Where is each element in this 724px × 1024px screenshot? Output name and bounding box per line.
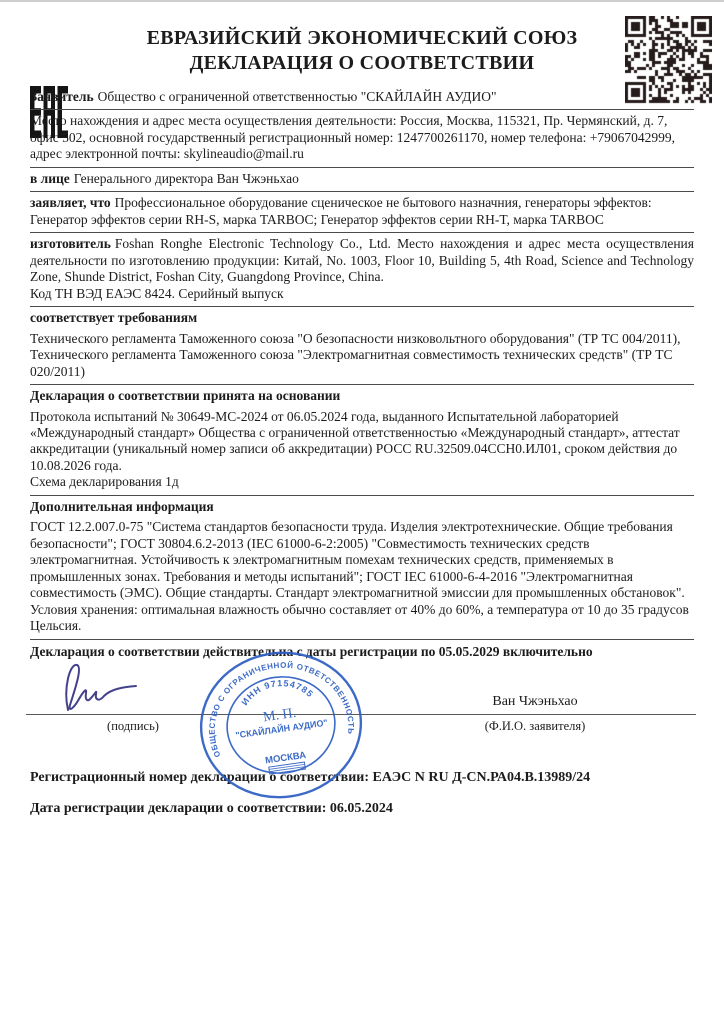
signature-block: (подпись) Ван Чжэньхао (Ф.И.О. заявителя… xyxy=(30,662,694,754)
section-basis: Протокола испытаний № 30649-МС-2024 от 0… xyxy=(30,406,694,496)
in-person-text: Генерального директора Ван Чжэньхао xyxy=(74,171,299,186)
tnved-code-line: Код ТН ВЭД ЕАЭС 8424. Серийный выпуск xyxy=(30,286,694,302)
in-person-label: в лице xyxy=(30,171,70,186)
registration-number-value: ЕАЭС N RU Д-CN.РА04.В.13989/24 xyxy=(373,770,591,785)
fio-caption: (Ф.И.О. заявителя) xyxy=(430,719,640,734)
section-applicant: ЗаявительОбщество с ограниченной ответст… xyxy=(30,86,694,110)
declares-text: Профессиональное оборудование сценическо… xyxy=(30,195,652,226)
section-in-person: в лицеГенерального директора Ван Чжэньха… xyxy=(30,168,694,192)
document-body: ЗаявительОбщество с ограниченной ответст… xyxy=(30,86,694,754)
section-manufacturer: изготовительFoshan Ronghe Electronic Tec… xyxy=(30,233,694,307)
handwritten-signature xyxy=(58,658,153,716)
stamp-ring-text: ОБЩЕСТВО С ОГРАНИЧЕННОЙ ОТВЕТСТВЕННОСТЬЮ… xyxy=(199,651,358,759)
section-address: Место нахождения и адрес места осуществл… xyxy=(30,110,694,167)
document-title: ЕВРАЗИЙСКИЙ ЭКОНОМИЧЕСКИЙ СОЮЗ ДЕКЛАРАЦИ… xyxy=(0,2,724,76)
complies-text: Технического регламента Таможенного союз… xyxy=(30,331,681,379)
title-line-2: ДЕКЛАРАЦИЯ О СООТВЕТСТВИИ xyxy=(0,51,724,76)
stamp-city-text: МОСКВА xyxy=(264,750,306,767)
basis-text: Протокола испытаний № 30649-МС-2024 от 0… xyxy=(30,409,680,473)
declaration-document: ЕВРАЗИЙСКИЙ ЭКОНОМИЧЕСКИЙ СОЮЗ ДЕКЛАРАЦИ… xyxy=(0,0,724,1024)
additional-text: ГОСТ 12.2.007.0-75 "Система стандартов б… xyxy=(30,519,689,633)
declares-label: заявляет, что xyxy=(30,195,111,210)
address-text: Место нахождения и адрес места осуществл… xyxy=(30,113,675,161)
scheme-line: Схема декларирования 1д xyxy=(30,474,694,490)
signature-caption: (подпись) xyxy=(68,719,198,734)
manufacturer-label: изготовитель xyxy=(30,236,111,251)
applicant-text: Общество с ограниченной ответственностью… xyxy=(98,89,497,104)
svg-text:ОБЩЕСТВО С ОГРАНИЧЕННОЙ ОТВЕТС: ОБЩЕСТВО С ОГРАНИЧЕННОЙ ОТВЕТСТВЕННОСТЬЮ… xyxy=(199,651,358,759)
section-complies: Технического регламента Таможенного союз… xyxy=(30,328,694,385)
additional-heading: Дополнительная информация xyxy=(30,496,694,516)
basis-heading: Декларация о соответствии принята на осн… xyxy=(30,385,694,405)
complies-heading: соответствует требованиям xyxy=(30,307,694,327)
company-stamp: ОБЩЕСТВО С ОГРАНИЧЕННОЙ ОТВЕТСТВЕННОСТЬЮ… xyxy=(192,644,370,806)
title-line-1: ЕВРАЗИЙСКИЙ ЭКОНОМИЧЕСКИЙ СОЮЗ xyxy=(0,26,724,51)
manufacturer-text: Foshan Ronghe Electronic Technology Co.,… xyxy=(30,236,694,284)
applicant-label: Заявитель xyxy=(30,89,94,104)
applicant-fio: Ван Чжэньхао xyxy=(430,693,640,710)
section-declares: заявляет, чтоПрофессиональное оборудован… xyxy=(30,192,694,233)
section-additional: ГОСТ 12.2.007.0-75 "Система стандартов б… xyxy=(30,516,694,639)
